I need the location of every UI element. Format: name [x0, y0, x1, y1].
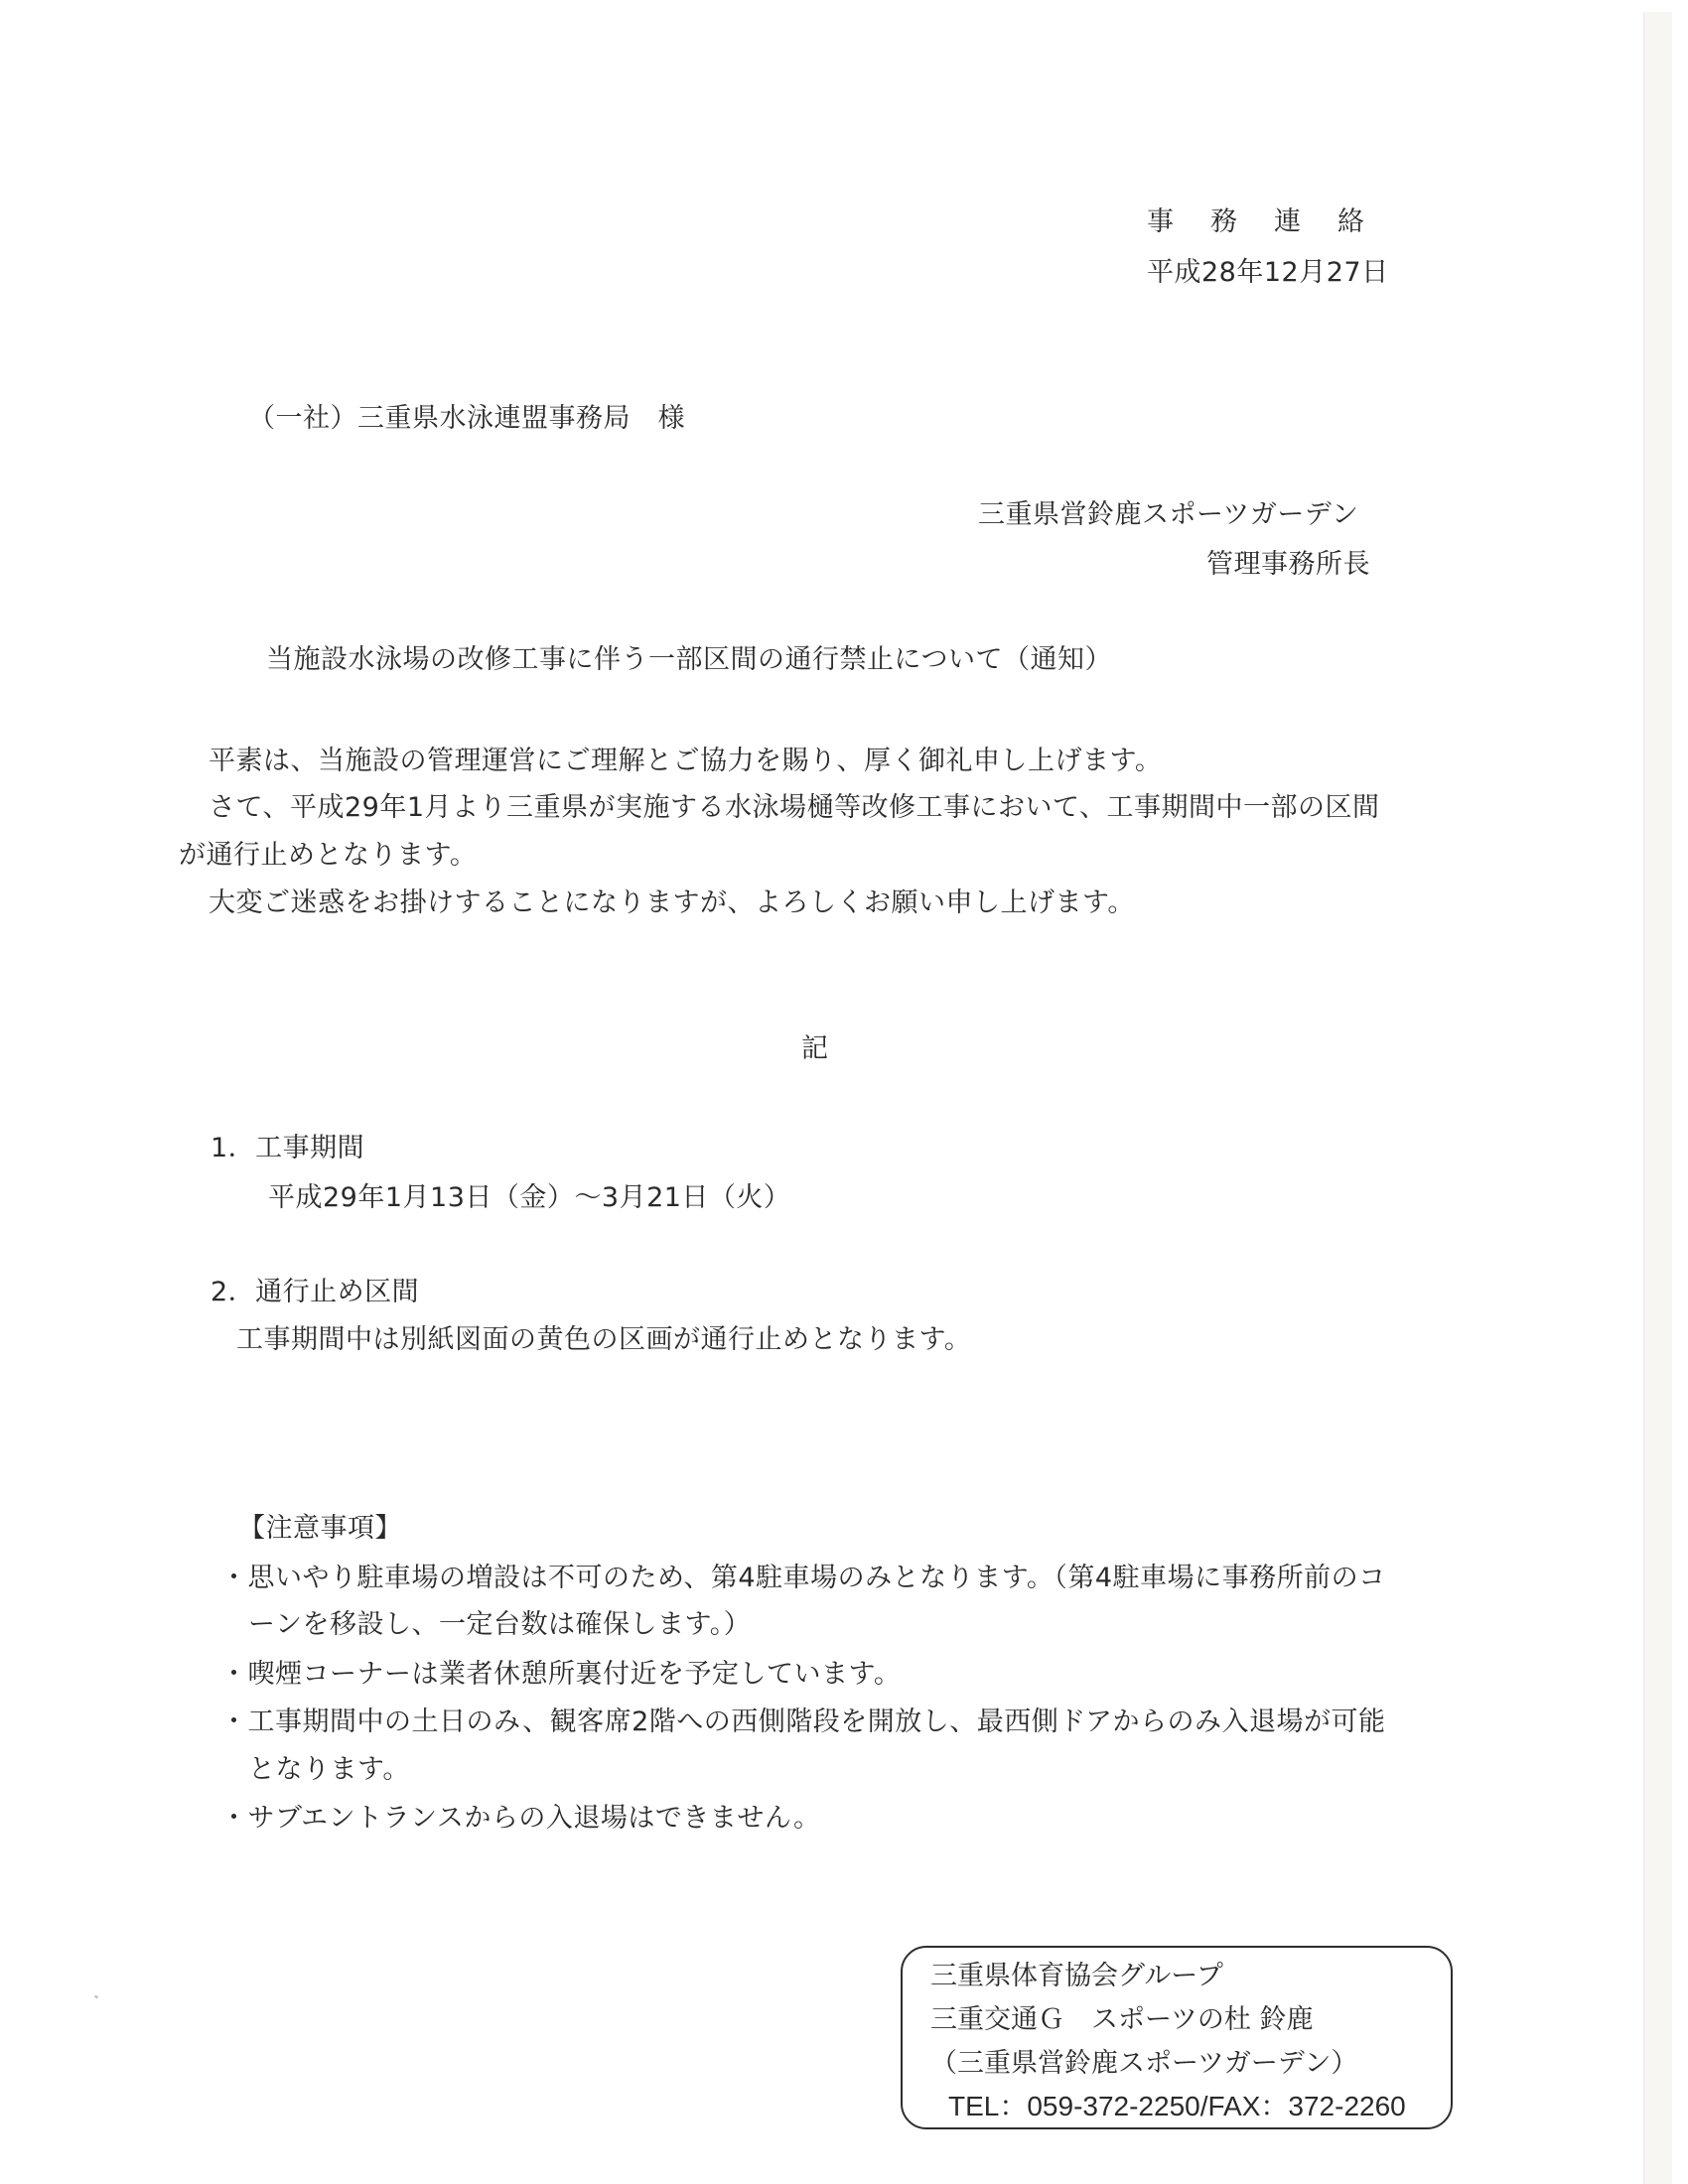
section-1-heading: 1．工事期間 [211, 1132, 364, 1165]
section-2-heading: 2．通行止め区間 [211, 1276, 419, 1309]
contact-box: 三重県体育協会グループ 三重交通Ｇ スポーツの杜 鈴鹿 （三重県営鈴鹿スポーツガ… [901, 1946, 1453, 2129]
document-page: 事務連絡 平成28年12月27日 （一社）三重県水泳連盟事務局 様 三重県営鈴鹿… [0, 0, 1688, 2184]
contact-facility-formal: （三重県営鈴鹿スポーツガーデン） [930, 2047, 1357, 2081]
scan-edge [1643, 12, 1672, 2184]
note-item-1-line-2: ーンを移設し、一定台数は確保します。） [248, 1608, 751, 1642]
section-1-content: 平成29年1月13日（金）～3月21日（火） [268, 1181, 790, 1215]
sender-organization: 三重県営鈴鹿スポーツガーデン [978, 498, 1358, 532]
contact-group: 三重県体育協会グループ [930, 1960, 1223, 1993]
body-paragraph-2-line-1: さて、平成29年1月より三重県が実施する水泳場樋等改修工事において、工事期間中一… [209, 791, 1379, 825]
body-paragraph-1: 平素は、当施設の管理運営にご理解とご協力を賜り、厚く御礼申し上げます。 [209, 745, 1162, 778]
note-item-1-line-1: ・思いやり駐車場の増設は不可のため、第4駐車場のみとなります。（第4駐車場に事務… [220, 1562, 1386, 1595]
document-date: 平成28年12月27日 [1147, 256, 1389, 290]
body-paragraph-3: 大変ご迷惑をお掛けすることになりますが、よろしくお願い申し上げます。 [209, 887, 1135, 920]
subject-title: 当施設水泳場の改修工事に伴う一部区間の通行禁止について（通知） [266, 643, 1112, 677]
body-paragraph-2-line-2: が通行止めとなります。 [179, 839, 477, 873]
section-2-content: 工事期間中は別紙図面の黄色の区画が通行止めとなります。 [236, 1323, 971, 1357]
contact-facility: 三重交通Ｇ スポーツの杜 鈴鹿 [930, 2003, 1314, 2037]
document-type: 事務連絡 [1147, 205, 1401, 239]
sender-title: 管理事務所長 [1206, 548, 1370, 582]
ki-marker: 記 [801, 1032, 829, 1066]
note-item-2: ・喫煙コーナーは業者休憩所裏付近を予定しています。 [220, 1658, 901, 1692]
scan-speck [94, 1994, 99, 1999]
note-item-3-line-1: ・工事期間中の土日のみ、観客席2階への西側階段を開放し、最西側ドアからのみ入退場… [220, 1706, 1386, 1739]
notes-heading: 【注意事項】 [238, 1512, 402, 1546]
contact-phone-fax: TEL：059-372-2250/FAX：372-2260 [948, 2090, 1406, 2123]
note-item-4: ・サブエントランスからの入退場はできません。 [220, 1802, 820, 1836]
recipient: （一社）三重県水泳連盟事務局 様 [248, 402, 685, 436]
note-item-3-line-2: となります。 [248, 1753, 410, 1787]
